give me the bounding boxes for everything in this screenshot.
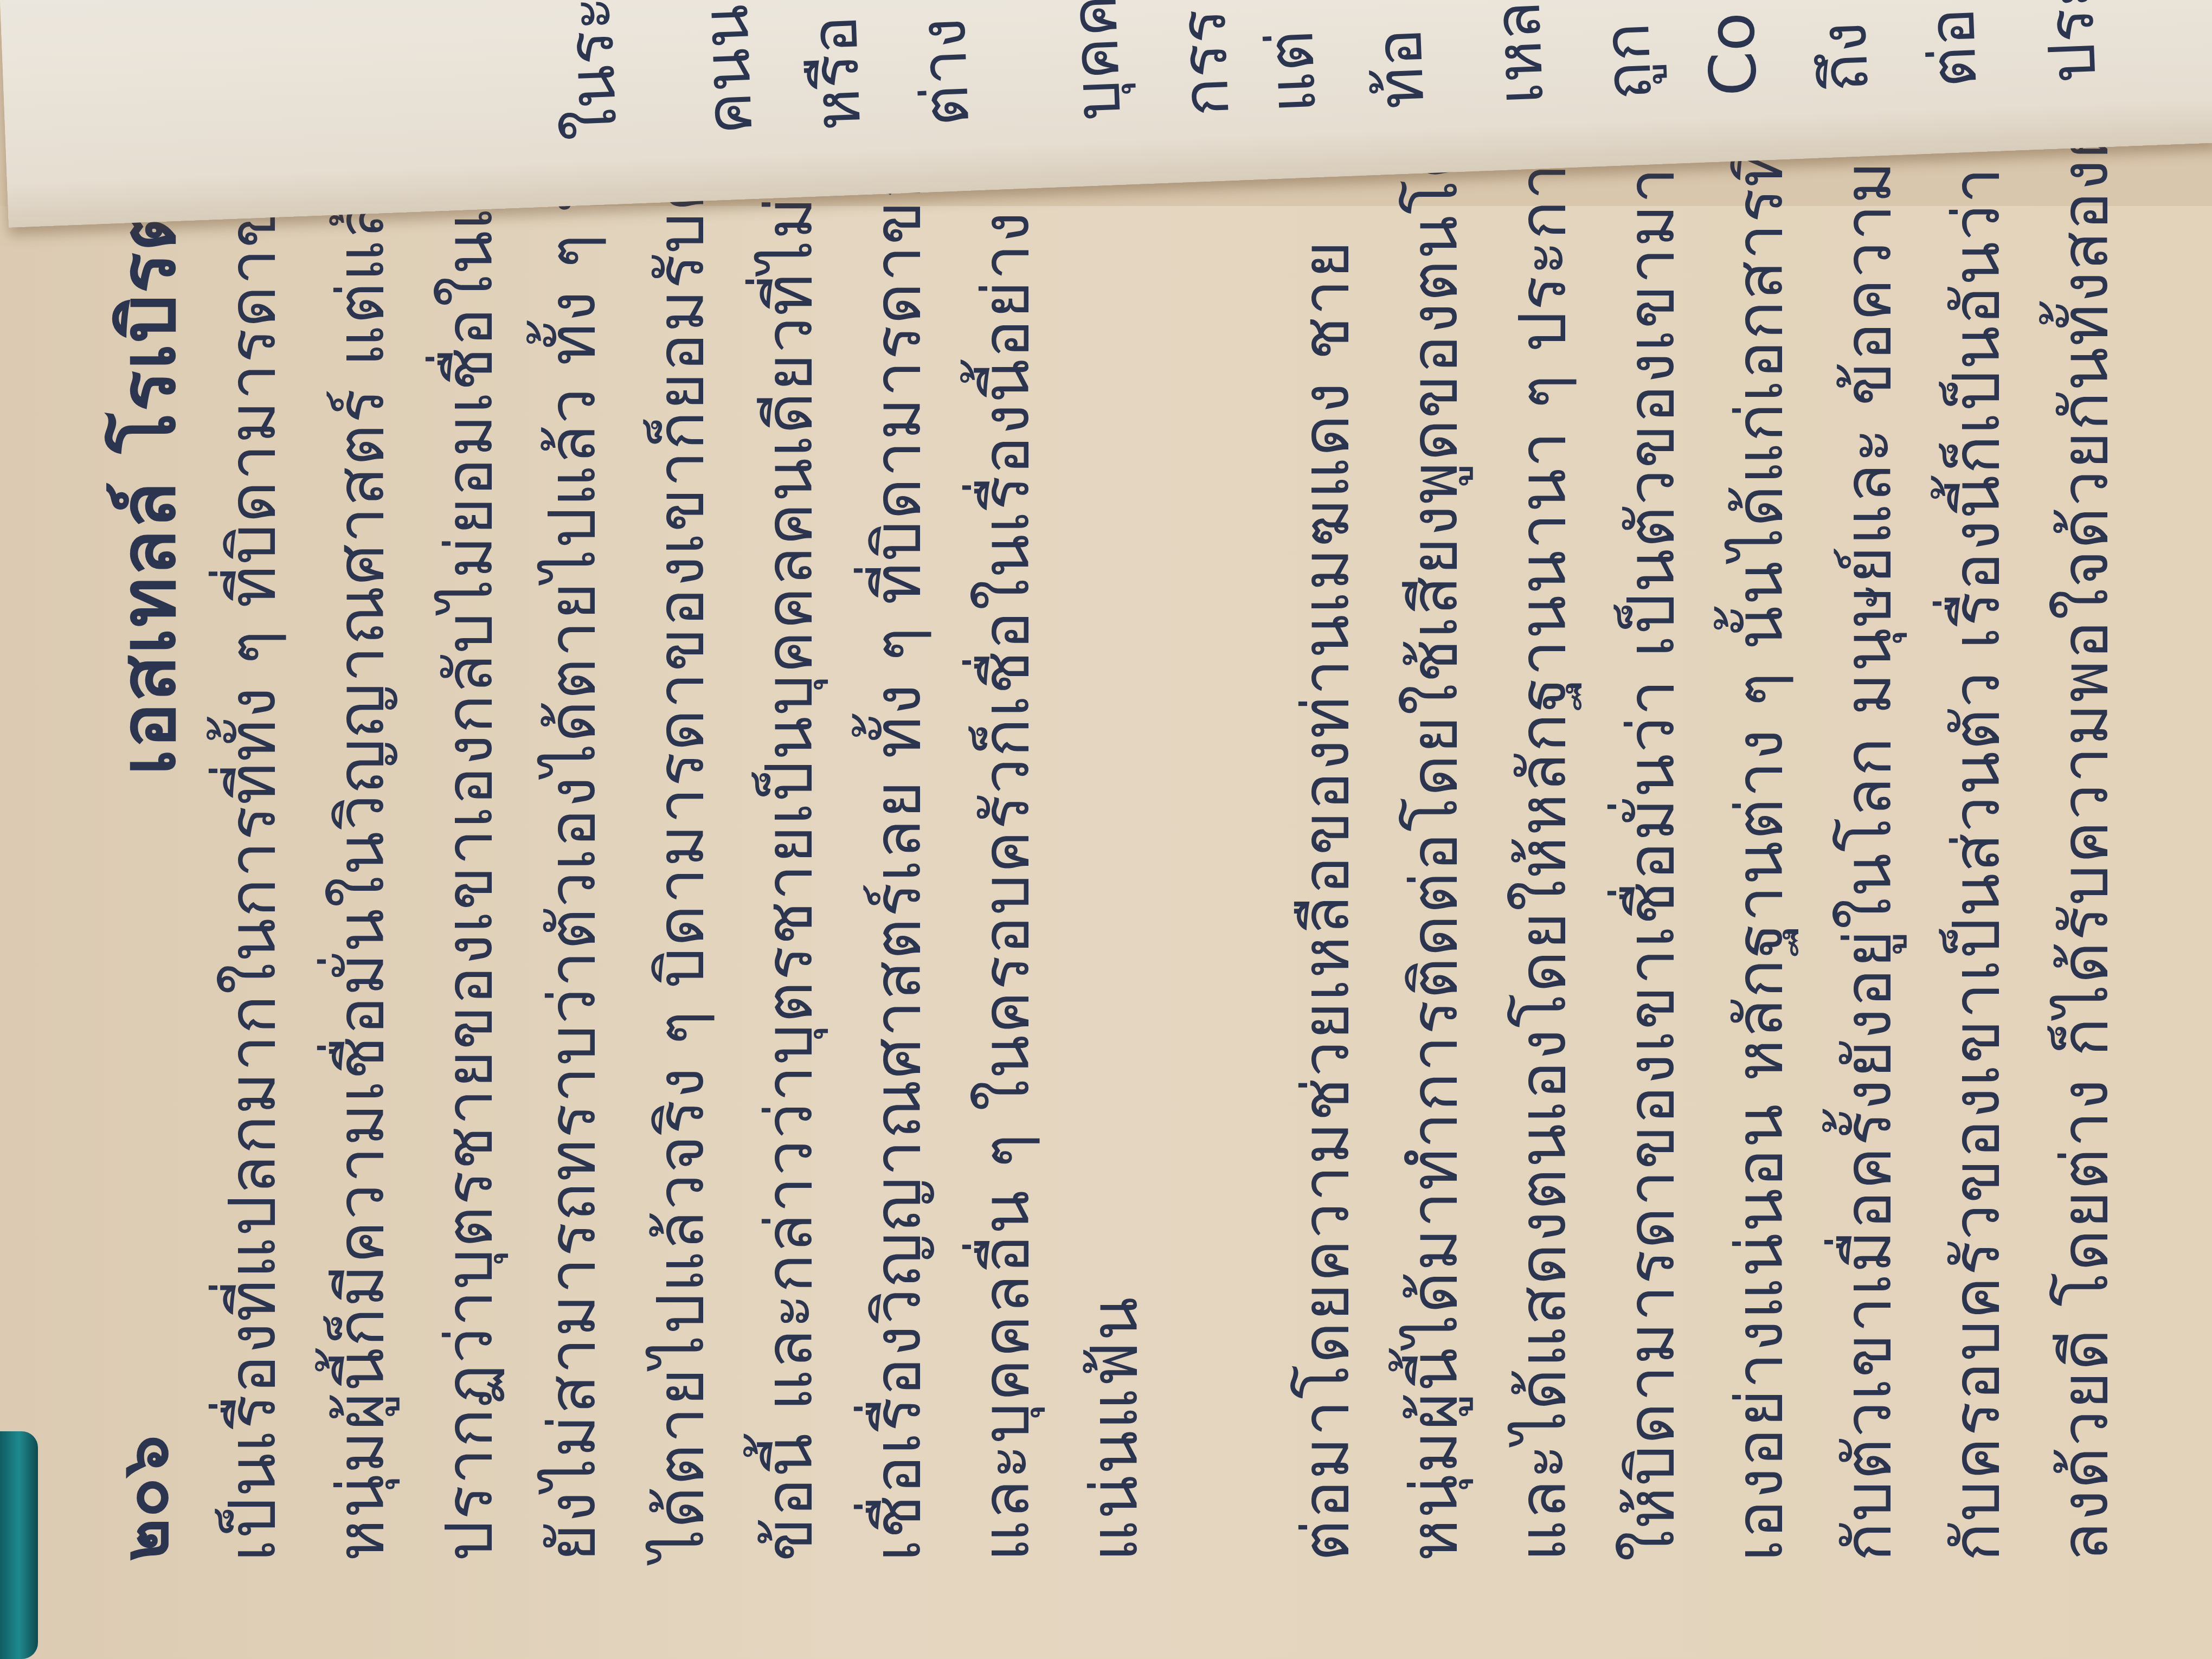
facing-fragment: Co	[1693, 11, 1771, 98]
body-line: เองอย่างแน่นอน หลักฐานต่าง ๆ นั้นได้แก่เ…	[1708, 5, 1805, 1561]
body-line: ให้บิดามารดาของเขาเชื่อมั่นว่า เป็นตัวขอ…	[1599, 0, 1697, 1561]
body-line: ได้ตายไปแล้วจริง ๆ บิดามารดาของเขาก็ยอมร…	[629, 0, 726, 1561]
body-line: แน่นแฟ้น	[1063, 1296, 1160, 1561]
facing-fragment: ถูก	[1574, 21, 1679, 102]
facing-fragment: ท้อ	[1347, 27, 1452, 111]
facing-fragment: ต่าง	[891, 16, 997, 128]
facing-fragment: หรือ	[782, 14, 888, 132]
facing-fragment: เหล	[1465, 0, 1571, 106]
body-line: ยังไม่สามารถทราบว่าตัวเองได้ตายไปแล้ว ทั…	[520, 0, 618, 1561]
body-line: กับตัวเขาเมื่อครั้งยังอยู่ในโลก มนุษย์แล…	[1816, 0, 1914, 1561]
page-number: ๒๐๖	[92, 1434, 190, 1561]
facing-fragment: ถึง	[1791, 20, 1896, 94]
facing-fragment: ต่อ	[1899, 6, 2004, 90]
pen-cap	[0, 1431, 38, 1659]
body-line: ต่อมาโดยความช่วยเหลือของท่านเมฆแดง ชาย	[1274, 240, 1372, 1561]
body-line: กับครอบครัวของเขาเป็นส่วนตัว เรื่องนี้ก็…	[1925, 65, 2022, 1561]
body-line: เป็นเรื่องที่แปลกมากในการที่ทั้ง ๆ ที่บิ…	[201, 11, 298, 1561]
body-line: หนุ่มผู้นี้ก็มีความเชื่อมั่นในวิญญาณศาสต…	[309, 40, 407, 1561]
body-line: ลงด้วยดี โดยต่าง ก็ได้รับความพอใจด้วยกัน…	[2033, 44, 2131, 1561]
facing-fragment: ในระ	[537, 0, 645, 142]
body-line: หนุ่มผู้นี้ได้มาทำการติดต่อโดยใช้เสียงพู…	[1382, 0, 1480, 1561]
facing-fragment: คนน	[673, 3, 780, 137]
facing-fragment: บุคค	[1041, 0, 1148, 123]
body-line: และได้แสดงตนเองโดยให้หลักฐานนานา ๆ ประกา…	[1491, 0, 1589, 1561]
body-line: ข้อนี้ และกล่าวว่าบุตรชายเป็นบุคคลคนเดีย…	[737, 75, 835, 1561]
facing-fragment: ประ	[2017, 0, 2124, 85]
body-line: และบุคคลอื่น ๆ ในครอบครัวก็เชื่อในเรื่อง…	[954, 211, 1052, 1561]
facing-fragment: แต่	[1238, 28, 1343, 115]
body-line: ปรากฏว่าบุตรชายของเขาเองกลับไม่ยอมเชื่อใ…	[417, 0, 515, 1561]
body-line: เชื่อเรื่องวิญญาณศาสตร์เลย ทั้ง ๆ ที่บิด…	[846, 41, 943, 1561]
